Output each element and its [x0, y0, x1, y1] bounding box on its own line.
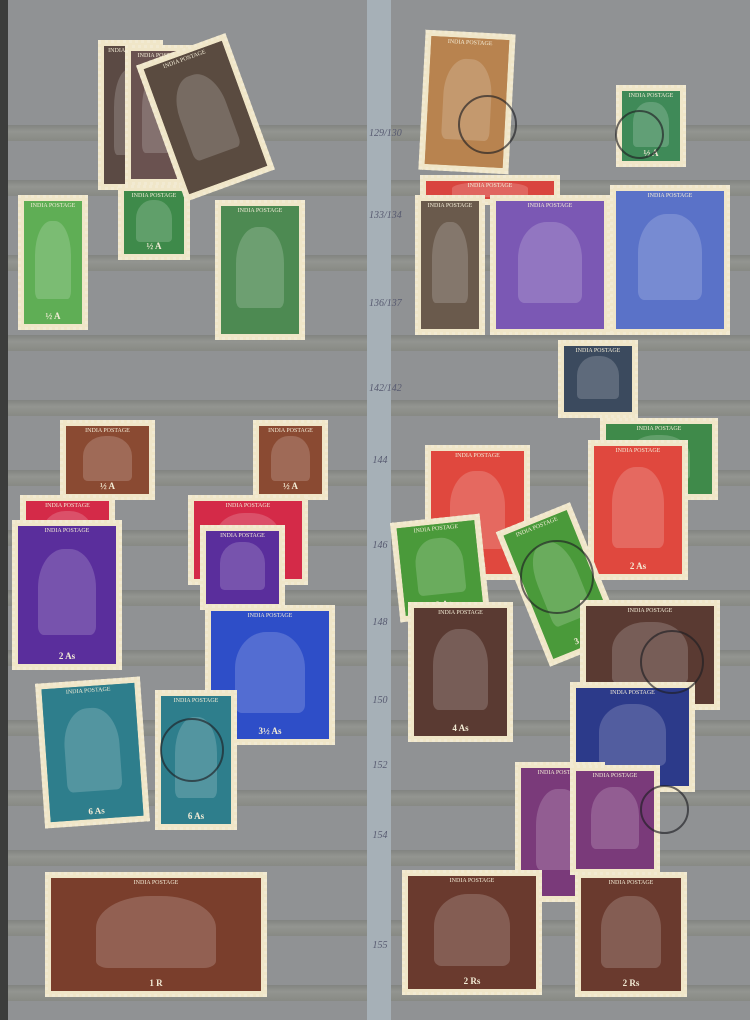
stamp-denomination: 6 As	[158, 811, 234, 821]
king-portrait	[432, 222, 468, 302]
stamp-caption: INDIA POSTAGE	[434, 453, 521, 459]
stamp-caption: INDIA POSTAGE	[567, 348, 629, 354]
stamp-caption: INDIA POSTAGE	[214, 613, 326, 619]
stamp: INDIA POSTAGE	[610, 185, 730, 335]
catalogue-number: 142/142	[369, 383, 391, 394]
king-portrait	[136, 200, 173, 241]
king-portrait	[83, 436, 133, 480]
stamp-denomination: 4 As	[411, 723, 510, 733]
stamp-caption: INDIA POSTAGE	[619, 193, 721, 199]
stamp: INDIA POSTAGE 2 Rs	[402, 870, 542, 995]
catalogue-number: 133/134	[369, 210, 391, 221]
stamp-caption: INDIA POSTAGE	[424, 203, 476, 209]
catalogue-number: 150	[369, 695, 391, 706]
king-portrait	[38, 549, 96, 635]
catalogue-number: 136/137	[369, 298, 391, 309]
stamp: INDIA POSTAGE	[558, 340, 638, 418]
catalogue-number: 129/130	[369, 128, 391, 139]
stamp-denomination: 1 R	[48, 978, 264, 988]
catalogue-number: 146	[369, 540, 391, 551]
postmark	[520, 540, 594, 614]
stamp: INDIA POSTAGE ½ A	[118, 185, 190, 260]
king-portrait	[601, 896, 660, 967]
stamp-caption: INDIA POSTAGE	[579, 773, 651, 779]
postmark	[640, 785, 689, 834]
king-portrait	[577, 356, 618, 399]
stamp-denomination: 2 As	[591, 561, 685, 571]
stamp-denomination: ½ A	[256, 481, 325, 491]
king-portrait	[220, 542, 264, 589]
stamp-denomination: ½ A	[21, 311, 85, 321]
king-portrait	[236, 227, 283, 307]
stamp-caption: INDIA POSTAGE	[127, 193, 181, 199]
king-portrait	[96, 896, 217, 967]
stamp-caption: INDIA POSTAGE	[164, 698, 228, 704]
postmark	[615, 110, 664, 159]
stamp-caption: INDIA POSTAGE	[21, 528, 113, 534]
postmark	[640, 630, 704, 694]
stamp: INDIA POSTAGE	[200, 525, 285, 610]
stamp: INDIA POSTAGE ½ A	[60, 420, 155, 500]
stamp: INDIA POSTAGE 2 As	[588, 440, 688, 580]
catalogue-number: 148	[369, 617, 391, 628]
stamp-caption: INDIA POSTAGE	[625, 93, 677, 99]
king-portrait	[434, 894, 509, 965]
catalogue-number: 154	[369, 830, 391, 841]
center-divider-strip	[367, 0, 391, 1020]
king-portrait	[518, 222, 582, 302]
postmark	[458, 95, 517, 154]
stamp: INDIA POSTAGE	[415, 195, 485, 335]
king-portrait	[638, 214, 702, 300]
stamp: INDIA POSTAGE 2 Rs	[575, 872, 687, 997]
stamp-denomination: 2 Rs	[405, 976, 539, 986]
king-portrait	[599, 704, 666, 766]
stamp-caption: INDIA POSTAGE	[417, 610, 504, 616]
stamp-caption: INDIA POSTAGE	[224, 208, 296, 214]
stamp-caption: INDIA POSTAGE	[27, 203, 79, 209]
stamp-caption: INDIA POSTAGE	[597, 448, 679, 454]
king-portrait	[235, 632, 304, 712]
king-portrait	[591, 787, 638, 849]
stamp-caption: INDIA POSTAGE	[69, 428, 146, 434]
stamp-caption: INDIA POSTAGE	[411, 878, 533, 884]
stamp-caption: INDIA POSTAGE	[584, 880, 678, 886]
stamp: INDIA POSTAGE ½ A	[18, 195, 88, 330]
stamp-caption: INDIA POSTAGE	[589, 608, 711, 614]
stamp-denomination: ½ A	[63, 481, 152, 491]
stamp-caption: INDIA POSTAGE	[54, 880, 258, 886]
stamp-caption: INDIA POSTAGE	[29, 503, 106, 509]
king-portrait	[612, 467, 665, 547]
stamp: INDIA POSTAGE 4 As	[408, 602, 513, 742]
king-portrait	[433, 629, 488, 709]
stamp: INDIA POSTAGE	[490, 195, 610, 335]
stamp-denomination: 2 As	[15, 651, 119, 661]
stamp-denomination: ½ A	[121, 241, 187, 251]
king-portrait	[271, 436, 310, 480]
king-portrait	[35, 221, 71, 298]
stamp-caption: INDIA POSTAGE	[609, 426, 709, 432]
postmark	[160, 718, 224, 782]
stamp-denomination: 2 Rs	[578, 978, 684, 988]
stockbook-page: 129/130133/134136/137142/142144146148150…	[0, 0, 750, 1020]
stamp: INDIA POSTAGE ½ A	[253, 420, 328, 500]
catalogue-number: 144	[369, 455, 391, 466]
stamp: INDIA POSTAGE 6 As	[35, 677, 150, 829]
stamp: INDIA POSTAGE	[215, 200, 305, 340]
catalogue-number: 155	[369, 940, 391, 951]
stamp-caption: INDIA POSTAGE	[197, 503, 299, 509]
stamp-caption: INDIA POSTAGE	[499, 203, 601, 209]
album-spine-edge	[0, 0, 8, 1020]
stamp-caption: INDIA POSTAGE	[262, 428, 319, 434]
stamp-caption: INDIA POSTAGE	[429, 183, 551, 189]
catalogue-number: 152	[369, 760, 391, 771]
stamp: INDIA POSTAGE 2 As	[12, 520, 122, 670]
stamp-caption: INDIA POSTAGE	[209, 533, 276, 539]
stamp: INDIA POSTAGE 1 R	[45, 872, 267, 997]
